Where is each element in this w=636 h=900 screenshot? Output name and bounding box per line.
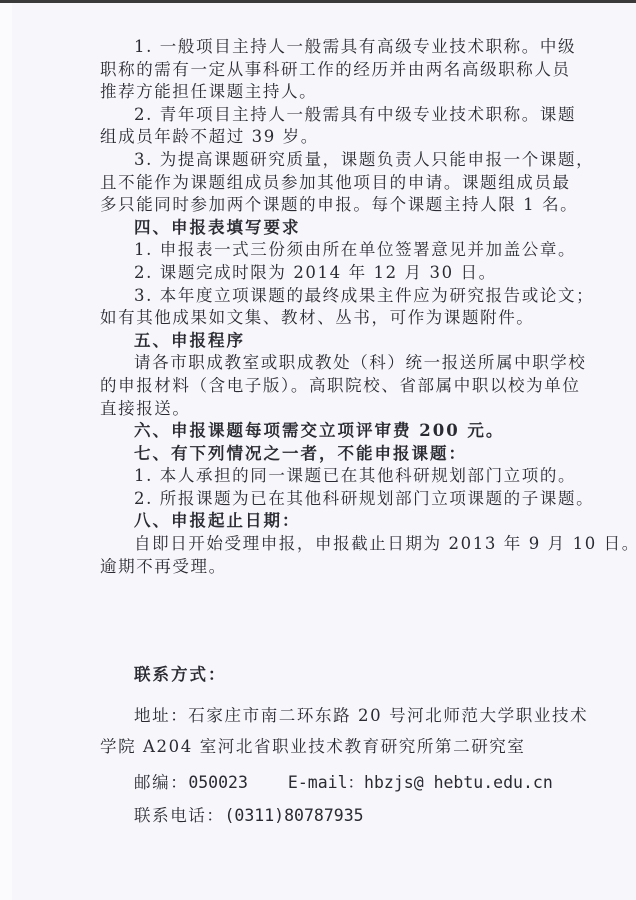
text-line: 如有其他成果如文集、教材、丛书，可作为课题附件。 bbox=[100, 307, 572, 330]
contact-postcode-email: 邮编：050023E-mail：hbzjs@ hebtu.edu.cn bbox=[100, 770, 572, 796]
scan-top-edge bbox=[0, 0, 636, 3]
text-line: 组成员年龄不超过 39 岁。 bbox=[100, 126, 572, 149]
section-ineligibility: 七、有下列情况之一者，不能申报课题： 1. 本人承担的同一课题已在其他科研规划部… bbox=[100, 443, 572, 511]
requirement-item-1: 1. 一般项目主持人一般需具有高级专业技术职称。中级 职称的需有一定从事科研工作… bbox=[100, 36, 572, 104]
text-line: 逾期不再受理。 bbox=[100, 556, 572, 579]
text-line: 2. 所报课题为已在其他科研规划部门立项课题的子课题。 bbox=[100, 488, 572, 511]
phone-line: 联系电话：(0311)80787935 bbox=[100, 803, 572, 829]
document-body: 1. 一般项目主持人一般需具有高级专业技术职称。中级 职称的需有一定从事科研工作… bbox=[100, 36, 572, 578]
text-line: 1. 本人承担的同一课题已在其他科研规划部门立项的。 bbox=[100, 465, 572, 488]
phone-label: 联系电话： bbox=[134, 806, 225, 825]
text-line: 1. 申报表一式三份须由所在单位签署意见并加盖公章。 bbox=[100, 239, 572, 262]
text-line: 职称的需有一定从事科研工作的经历并由两名高级职称人员 bbox=[100, 59, 572, 82]
text-line: 3. 本年度立项课题的最终成果主件应为研究报告或论文； bbox=[100, 285, 572, 308]
text-line: 2. 青年项目主持人一般需具有中级专业技术职称。课题 bbox=[100, 104, 572, 127]
text-line: 的申报材料（含电子版）。高职院校、省部属中职以校为单位 bbox=[100, 375, 572, 398]
text-line: 推荐方能担任课题主持人。 bbox=[100, 81, 572, 104]
text-line: 多只能同时参加两个课题的申报。每个课题主持人限 1 名。 bbox=[100, 194, 572, 217]
text-line: 请各市职成教室或职成教处（科）统一报送所属中职学校 bbox=[100, 352, 572, 375]
text-line: 1. 一般项目主持人一般需具有高级专业技术职称。中级 bbox=[100, 36, 572, 59]
section-application-dates: 八、申报起止日期： 自即日开始受理申报，申报截止日期为 2013 年 9 月 1… bbox=[100, 510, 572, 578]
contact-block: 联系方式： bbox=[100, 662, 572, 688]
text-line: 自即日开始受理申报，申报截止日期为 2013 年 9 月 10 日。 bbox=[100, 533, 572, 556]
section-heading: 五、申报程序 bbox=[100, 330, 572, 353]
section-heading: 四、申报表填写要求 bbox=[100, 217, 572, 240]
section-heading: 八、申报起止日期： bbox=[100, 510, 572, 533]
section-application-procedure: 五、申报程序 请各市职成教室或职成教处（科）统一报送所属中职学校 的申报材料（含… bbox=[100, 330, 572, 420]
postcode-email-line: 邮编：050023E-mail：hbzjs@ hebtu.edu.cn bbox=[100, 770, 572, 796]
contact-phone: 联系电话：(0311)80787935 bbox=[100, 803, 572, 829]
section-heading: 六、申报课题每项需交立项评审费 200 元。 bbox=[100, 420, 572, 443]
contact-address: 地址：石家庄市南二环东路 20 号河北师范大学职业技术 学院 A204 室河北省… bbox=[100, 703, 572, 760]
phone-value: (0311)80787935 bbox=[225, 806, 364, 825]
address-line: 学院 A204 室河北省职业技术教育研究所第二研究室 bbox=[100, 734, 572, 760]
section-form-requirements: 四、申报表填写要求 1. 申报表一式三份须由所在单位签署意见并加盖公章。 2. … bbox=[100, 217, 572, 330]
text-line: 且不能作为课题组成员参加其他项目的申请。课题组成员最 bbox=[100, 172, 572, 195]
requirement-item-3: 3. 为提高课题研究质量，课题负责人只能申报一个课题， 且不能作为课题组成员参加… bbox=[100, 149, 572, 217]
requirement-item-2: 2. 青年项目主持人一般需具有中级专业技术职称。课题 组成员年龄不超过 39 岁… bbox=[100, 104, 572, 149]
section-review-fee: 六、申报课题每项需交立项评审费 200 元。 bbox=[100, 420, 572, 443]
section-heading: 七、有下列情况之一者，不能申报课题： bbox=[100, 443, 572, 466]
address-line: 地址：石家庄市南二环东路 20 号河北师范大学职业技术 bbox=[100, 703, 572, 729]
scan-left-edge bbox=[0, 3, 12, 900]
email-label: E-mail： bbox=[288, 773, 364, 792]
email-value: hbzjs@ hebtu.edu.cn bbox=[364, 773, 553, 792]
text-line: 2. 课题完成时限为 2014 年 12 月 30 日。 bbox=[100, 262, 572, 285]
text-line: 直接报送。 bbox=[100, 398, 572, 421]
contact-title: 联系方式： bbox=[100, 662, 572, 688]
postcode-label: 邮编： bbox=[134, 773, 188, 792]
postcode-value: 050023 bbox=[188, 773, 248, 792]
text-line: 3. 为提高课题研究质量，课题负责人只能申报一个课题， bbox=[100, 149, 572, 172]
